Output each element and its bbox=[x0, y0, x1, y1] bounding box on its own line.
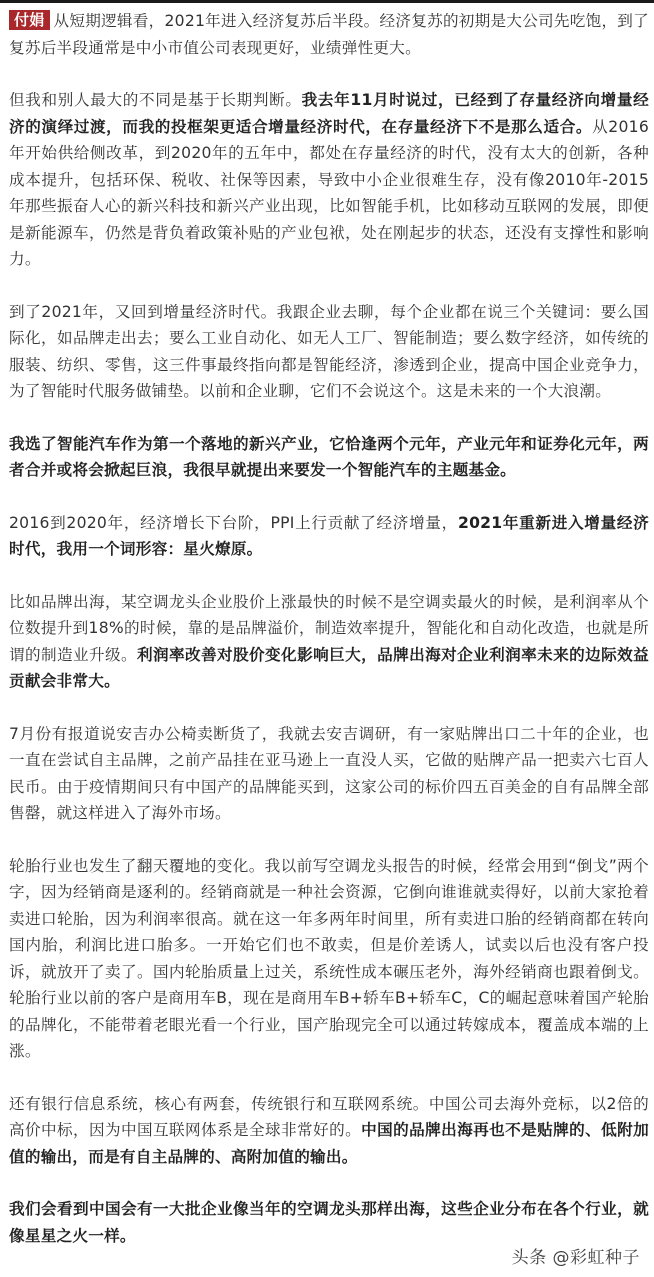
text-segment: 到了2021年，又回到增量经济时代。我跟企业去聊，每个企业都在说三个关键词：要么… bbox=[9, 303, 649, 401]
paragraph-5: 2016到2020年，经济增长下台阶，PPI上行贡献了经济增量，2021年重新进… bbox=[9, 510, 649, 563]
article-body: 付娟从短期逻辑看，2021年进入经济复苏后半段。经济复苏的初期是大公司先吃饱，到… bbox=[9, 8, 649, 1275]
bold-text-segment: 我们会看到中国会有一大批企业像当年的空调龙头那样出海，这些企业分布在各个行业，就… bbox=[9, 1200, 649, 1245]
top-edge-bar bbox=[0, 0, 654, 3]
paragraph-6: 比如品牌出海，某空调龙头企业股价上涨最快的时候不是空调卖最火的时候，是利润率从个… bbox=[9, 589, 649, 695]
text-segment: 2016到2020年，经济增长下台阶，PPI上行贡献了经济增量， bbox=[9, 514, 458, 532]
paragraph-4: 我选了智能汽车作为第一个落地的新兴产业，它恰逢两个元年，产业元年和证券化元年，两… bbox=[9, 431, 649, 484]
paragraph-10: 我们会看到中国会有一大批企业像当年的空调龙头那样出海，这些企业分布在各个行业，就… bbox=[9, 1196, 649, 1249]
speaker-label: 付娟 bbox=[9, 10, 50, 30]
paragraph-1: 付娟从短期逻辑看，2021年进入经济复苏后半段。经济复苏的初期是大公司先吃饱，到… bbox=[9, 8, 649, 61]
paragraph-2: 但我和别人最大的不同是基于长期判断。我去年11月时说过，已经到了存量经济向增量经… bbox=[9, 87, 649, 273]
text-segment: 从2016年开始供给侧改革，到2020年的五年中，都处在存量经济的时代，没有太大… bbox=[9, 118, 649, 269]
bold-text-segment: 我选了智能汽车作为第一个落地的新兴产业，它恰逢两个元年，产业元年和证券化元年，两… bbox=[9, 435, 649, 480]
text-segment: 从短期逻辑看，2021年进入经济复苏后半段。经济复苏的初期是大公司先吃饱，到了复… bbox=[9, 12, 649, 57]
paragraph-7: 7月份有报道说安吉办公椅卖断货了，我就去安吉调研，有一家贴牌出口二十年的企业，也… bbox=[9, 721, 649, 827]
paragraph-9: 还有银行信息系统，核心有两套，传统银行和互联网系统。中国公司去海外竞标，以2倍的… bbox=[9, 1091, 649, 1171]
paragraph-8: 轮胎行业也发生了翻天覆地的变化。我以前写空调龙头报告的时候，经常会用到“倒戈”两… bbox=[9, 853, 649, 1065]
paragraph-3: 到了2021年，又回到增量经济时代。我跟企业去聊，每个企业都在说三个关键词：要么… bbox=[9, 299, 649, 405]
text-segment: 但我和别人最大的不同是基于长期判断。 bbox=[9, 91, 302, 109]
text-segment: 轮胎行业也发生了翻天覆地的变化。我以前写空调龙头报告的时候，经常会用到“倒戈”两… bbox=[9, 857, 649, 1061]
text-segment: 7月份有报道说安吉办公椅卖断货了，我就去安吉调研，有一家贴牌出口二十年的企业，也… bbox=[9, 725, 649, 823]
source-watermark: 头条 @彩虹种子 bbox=[512, 1243, 640, 1268]
